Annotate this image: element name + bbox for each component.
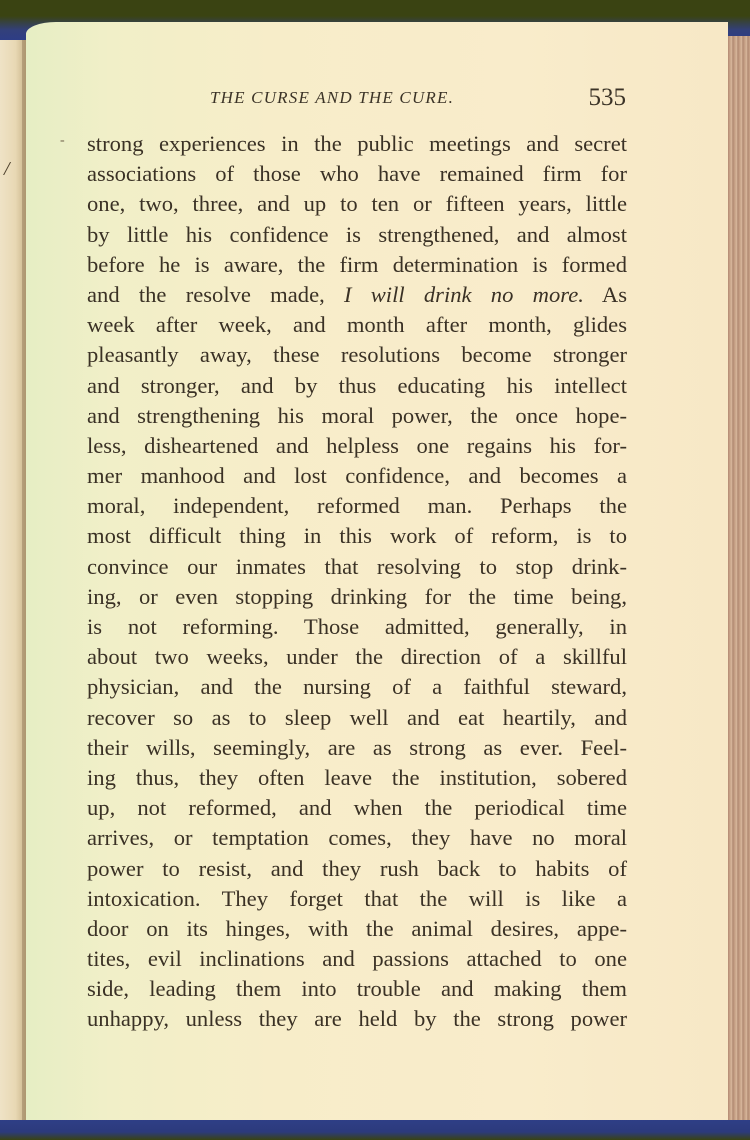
text-line: door on its hinges, with the animal desi…: [87, 914, 627, 944]
running-head: THE CURSE AND THE CURE. 535: [210, 84, 630, 114]
text-line: pleasantly away, these resolutions becom…: [87, 340, 627, 370]
text-line: arrives, or temptation comes, they have …: [87, 823, 627, 853]
text-line: ing, or even stopping drinking for the t…: [87, 582, 627, 612]
text-line: and stronger, and by thus educating his …: [87, 371, 627, 401]
text-line: about two weeks, under the direction of …: [87, 642, 627, 672]
text-line: moral, independent, reformed man. Perhap…: [87, 491, 627, 521]
text-line: most difficult thing in this work of ref…: [87, 521, 627, 551]
italic-quote: I will drink no more.: [344, 282, 584, 307]
book-cover-bottom: [0, 1120, 750, 1140]
text-line: convince our inmates that resolving to s…: [87, 552, 627, 582]
text-line: unhappy, unless they are held by the str…: [87, 1004, 627, 1034]
text-line: week after week, and month after month, …: [87, 310, 627, 340]
body-text: strong experiences in the public meeting…: [87, 129, 627, 1035]
text-line: intoxication. They forget that the will …: [87, 884, 627, 914]
text-line: physician, and the nursing of a faithful…: [87, 672, 627, 702]
text-line: associations of those who have remained …: [87, 159, 627, 189]
text-line: one, two, three, and up to ten or fiftee…: [87, 189, 627, 219]
facing-page-gutter: /: [0, 40, 26, 1125]
text-line: before he is aware, the firm determinati…: [87, 250, 627, 280]
text-fragment: and the resolve made,: [87, 282, 325, 307]
text-line: less, disheartened and helpless one rega…: [87, 431, 627, 461]
text-line: by little his confidence is strengthened…: [87, 220, 627, 250]
text-line: up, not reformed, and when the periodica…: [87, 793, 627, 823]
text-line: is not reforming. Those admitted, genera…: [87, 612, 627, 642]
page-number: 535: [589, 84, 627, 112]
text-line: and strengthening his moral power, the o…: [87, 401, 627, 431]
text-line: tites, evil inclinations and passions at…: [87, 944, 627, 974]
page-edges: [728, 36, 750, 1126]
text-line: ing thus, they often leave the instituti…: [87, 763, 627, 793]
text-line: side, leading them into trouble and maki…: [87, 974, 627, 1004]
gutter-mark: /: [4, 158, 10, 181]
text-line-with-italic: and the resolve made, I will drink no mo…: [87, 280, 627, 310]
text-line: strong experiences in the public meeting…: [87, 129, 627, 159]
text-line: power to resist, and they rush back to h…: [87, 854, 627, 884]
margin-mark: -: [60, 133, 65, 149]
text-line: their wills, seemingly, are as strong as…: [87, 733, 627, 763]
text-fragment: As: [602, 282, 627, 307]
running-head-title: THE CURSE AND THE CURE.: [210, 88, 454, 108]
text-line: mer manhood and lost confidence, and bec…: [87, 461, 627, 491]
text-line: recover so as to sleep well and eat hear…: [87, 703, 627, 733]
